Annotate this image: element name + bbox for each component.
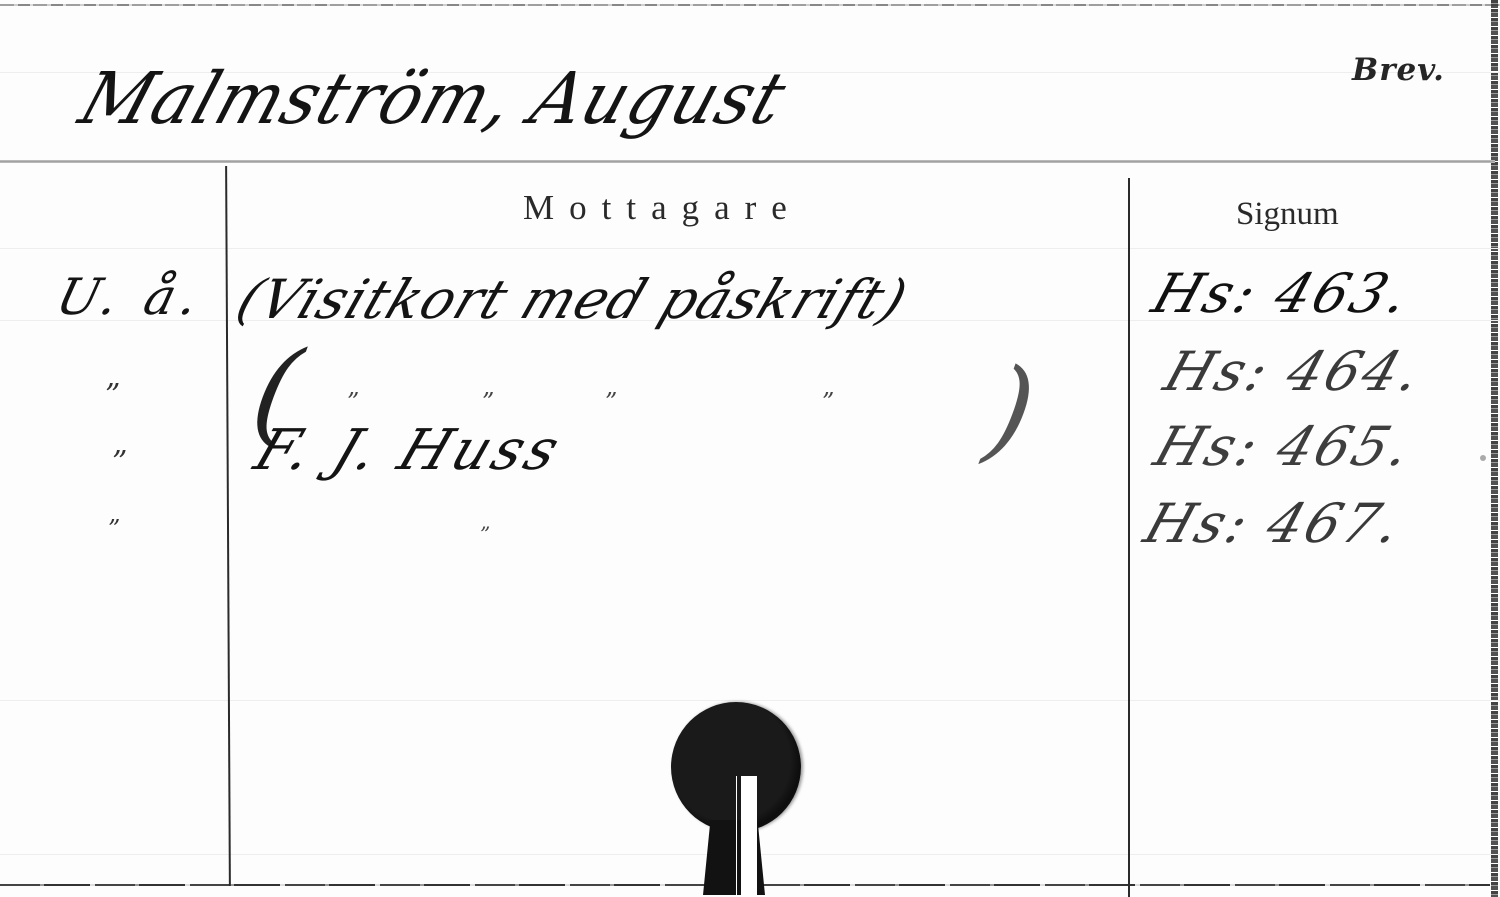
entry-recipient: (Visitkort med påskrift)	[229, 268, 917, 331]
ditto-mark: ”	[605, 388, 617, 416]
header-divider	[0, 160, 1495, 163]
column-header-signum: Signum	[1236, 196, 1339, 233]
ditto-mark: ”	[347, 388, 359, 416]
ditto-mark: ”	[822, 388, 834, 416]
index-card: Malmström, August Brev. Mottagare Signum…	[0, 0, 1500, 897]
punch-rod	[741, 776, 757, 897]
entry-date: U. å.	[51, 268, 211, 326]
card-top-edge	[0, 4, 1500, 6]
scan-artifact	[0, 700, 1500, 701]
ditto-mark: ”	[482, 388, 494, 416]
entry-date-ditto: ”	[112, 445, 127, 480]
ditto-mark: ”	[480, 522, 490, 546]
correspondent-name: Malmström, August	[70, 58, 796, 141]
column-header-recipient: Mottagare	[523, 188, 802, 228]
entry-signum: Hs: 464.	[1157, 340, 1432, 403]
entry-recipient: F. J. Huss	[246, 418, 571, 483]
entry-signum: Hs: 463.	[1145, 262, 1420, 325]
punch-rod-edge	[736, 776, 737, 897]
entry-signum: Hs: 467.	[1137, 492, 1412, 555]
column-divider-signum	[1128, 178, 1130, 897]
card-right-edge	[1491, 0, 1498, 897]
entry-date-ditto: ”	[108, 515, 120, 543]
paper-speck	[1480, 455, 1486, 461]
entry-date-ditto: ”	[105, 378, 120, 413]
category-label: Brev.	[1352, 52, 1445, 88]
entry-signum: Hs: 465.	[1147, 415, 1422, 478]
column-divider-date	[225, 166, 231, 886]
bracket-close: )	[979, 345, 1044, 473]
